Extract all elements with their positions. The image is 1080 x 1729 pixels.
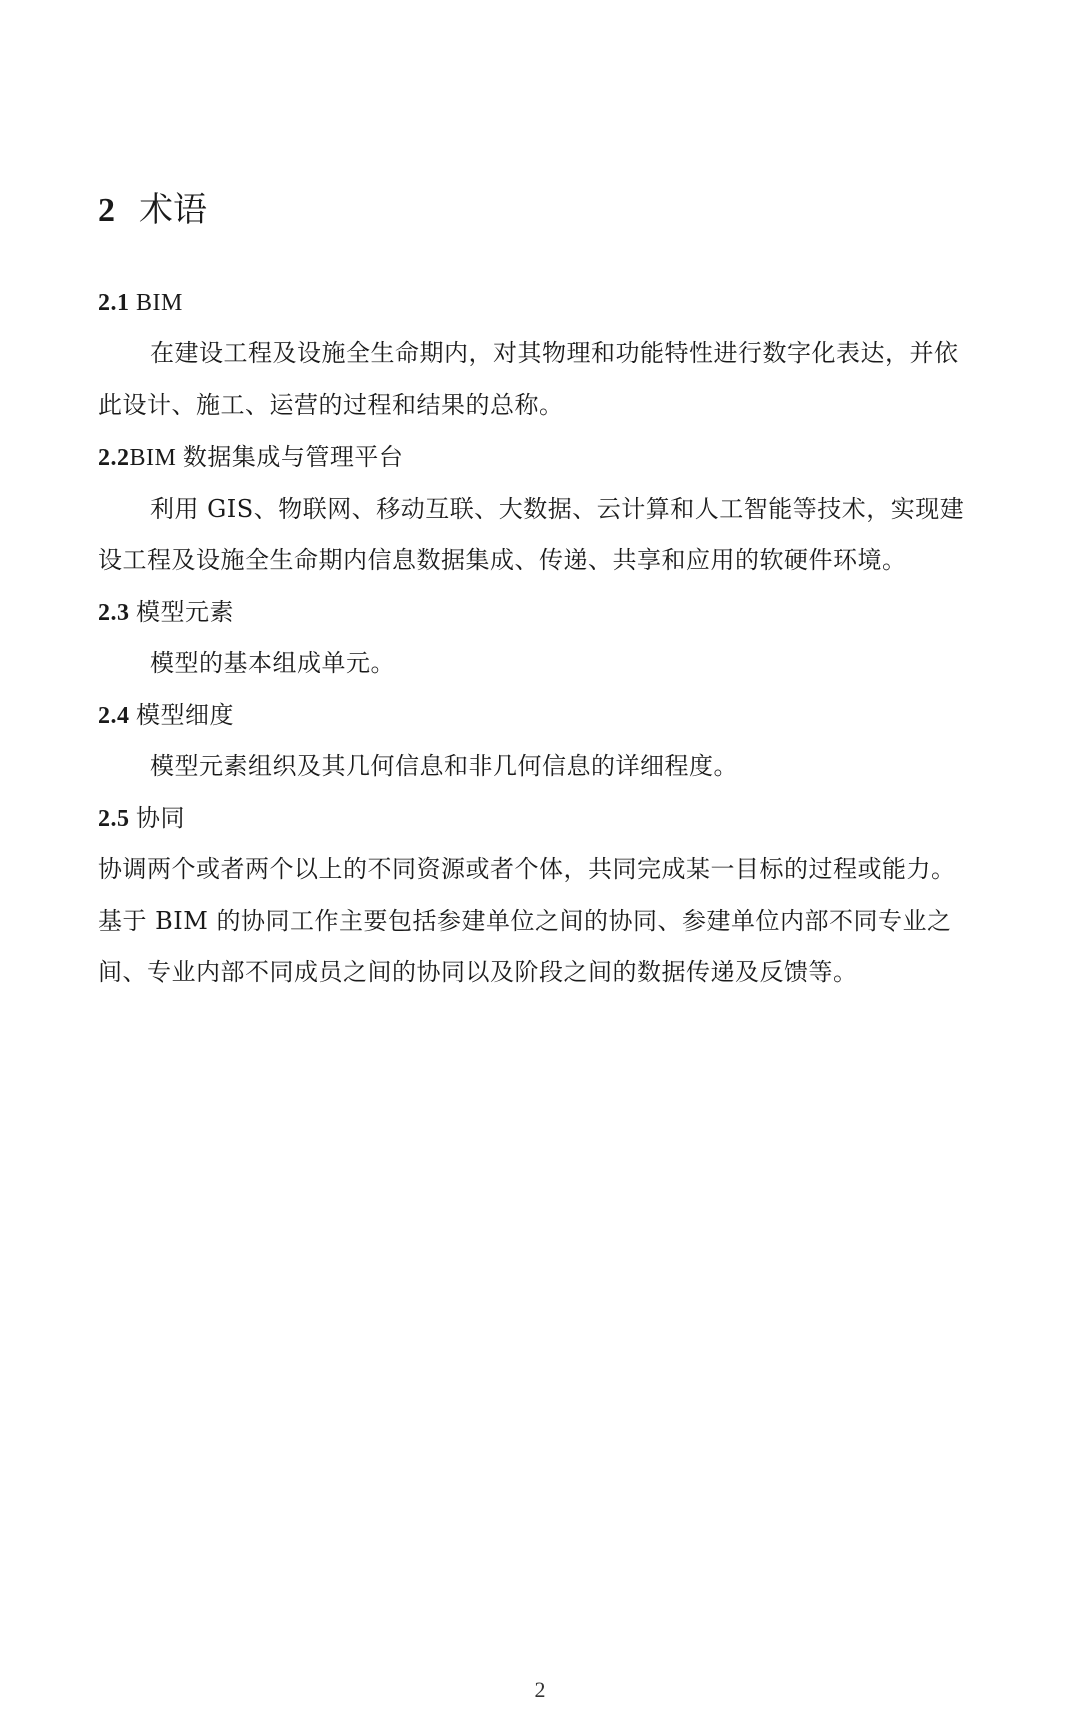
paragraph-line: 协调两个或者两个以上的不同资源或者个体，共同完成某一目标的过程或能力。 (98, 854, 956, 884)
section-title: 模型元素 (130, 600, 235, 626)
section-title: 协同 (130, 806, 186, 832)
paragraph-line: 在建设工程及设施全生命期内，对其物理和功能特性进行数字化表达，并依 (150, 338, 959, 368)
section-heading-2-2: 2.2BIM 数据集成与管理平台 (98, 442, 403, 473)
document-page: 2术语 2.1 BIM 在建设工程及设施全生命期内，对其物理和功能特性进行数字化… (0, 0, 1080, 1729)
paragraph-line: 基于 BIM 的协同工作主要包括参建单位之间的协同、参建单位内部不同专业之 (98, 906, 951, 936)
paragraph-line: 此设计、施工、运营的过程和结果的总称。 (98, 390, 564, 420)
chapter-heading: 2术语 (98, 190, 207, 231)
section-number: 2.1 (98, 290, 130, 316)
chapter-title: 术语 (139, 190, 207, 230)
paragraph-line: 间、专业内部不同成员之间的协同以及阶段之间的数据传递及反馈等。 (98, 957, 858, 987)
section-title: BIM (130, 290, 183, 316)
section-heading-2-1: 2.1 BIM (98, 287, 183, 318)
section-number: 2.2 (98, 445, 130, 471)
section-title: 模型细度 (130, 703, 235, 729)
section-number: 2.5 (98, 806, 130, 832)
section-heading-2-4: 2.4 模型细度 (98, 700, 234, 731)
chapter-number: 2 (98, 192, 115, 229)
section-title: BIM 数据集成与管理平台 (130, 445, 404, 471)
section-heading-2-3: 2.3 模型元素 (98, 597, 234, 628)
section-heading-2-5: 2.5 协同 (98, 803, 185, 834)
section-number: 2.4 (98, 703, 130, 729)
page-number: 2 (0, 1677, 1080, 1703)
section-number: 2.3 (98, 600, 130, 626)
paragraph-line: 利用 GIS、物联网、移动互联、大数据、云计算和人工智能等技术，实现建 (150, 494, 964, 524)
paragraph-line: 设工程及设施全生命期内信息数据集成、传递、共享和应用的软硬件环境。 (98, 545, 907, 575)
paragraph-line: 模型的基本组成单元。 (150, 648, 395, 678)
paragraph-line: 模型元素组织及其几何信息和非几何信息的详细程度。 (150, 751, 738, 781)
